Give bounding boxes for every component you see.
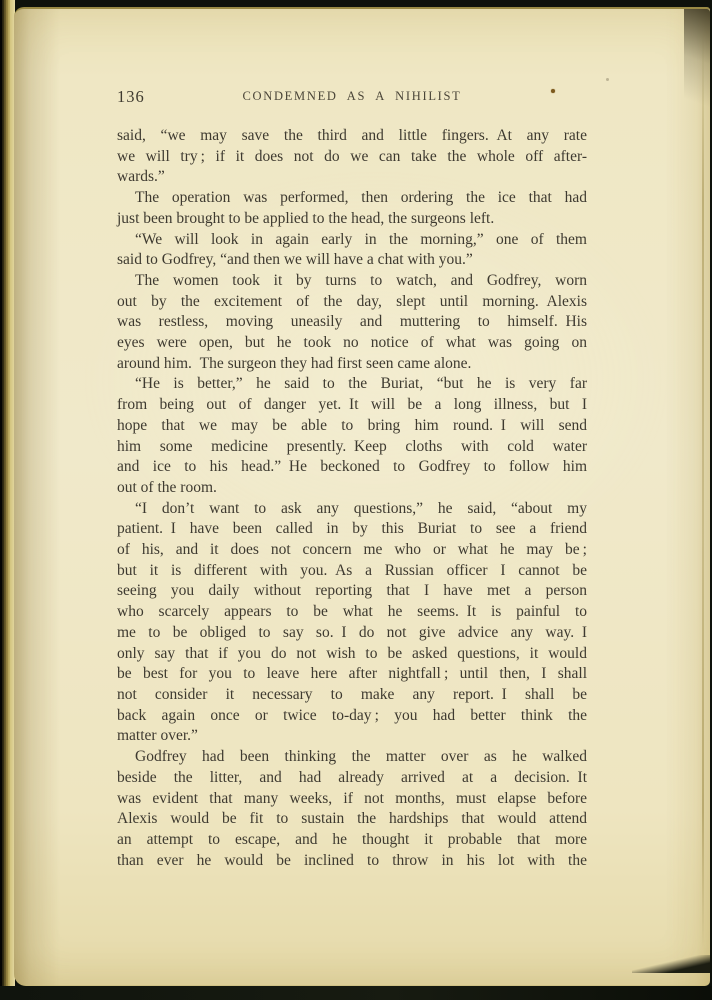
text-line: “I don’t want to ask any questions,” he … [117,499,587,520]
body-text: said, “we may save the third and little … [117,126,587,871]
text-line: “He is better,” he said to the Buriat, “… [117,374,587,395]
page-content: 136 CONDEMNED AS A NIHILIST said, “we ma… [117,87,587,871]
text-line: Godfrey had been thinking the matter ove… [117,747,587,768]
text-line: Alexis would be fit to sustain the hards… [117,809,587,830]
page-header: 136 CONDEMNED AS A NIHILIST [117,87,587,106]
page-corner-shadow-bottom-right [632,955,710,973]
text-line: eyes were open, but he took no notice of… [117,333,587,354]
text-line: seeing you daily without reporting that … [117,581,587,602]
text-line: than ever he would be inclined to throw … [117,851,587,872]
page-corner-shadow-top-right [684,9,710,159]
text-line: hope that we may be able to bring him ro… [117,416,587,437]
page-number: 136 [117,87,145,106]
text-line: beside the litter, and had already arriv… [117,768,587,789]
book-page: 136 CONDEMNED AS A NIHILIST said, “we ma… [14,7,710,986]
text-line: him some medicine presently. Keep cloths… [117,437,587,458]
book-page-edges-left [0,0,15,1000]
text-line: wards.” [117,167,587,188]
text-line: and ice to his head.” He beckoned to God… [117,457,587,478]
text-line: patient. I have been called in by this B… [117,519,587,540]
text-line: around him. The surgeon they had first s… [117,354,587,375]
text-line: we will try ; if it does not do we can t… [117,147,587,168]
text-line: but it is different with you. As a Russi… [117,561,587,582]
text-line: matter over.” [117,726,587,747]
text-line: said, “we may save the third and little … [117,126,587,147]
text-line: out by the excitement of the day, slept … [117,292,587,313]
text-line: be best for you to leave here after nigh… [117,664,587,685]
text-line: just been brought to be applied to the h… [117,209,587,230]
text-line: was restless, moving uneasily and mutter… [117,312,587,333]
text-line: out of the room. [117,478,587,499]
text-line: an attempt to escape, and he thought it … [117,830,587,851]
text-line: The women took it by turns to watch, and… [117,271,587,292]
text-line: “We will look in again early in the morn… [117,230,587,251]
text-line: who scarcely appears to be what he seems… [117,602,587,623]
running-header: CONDEMNED AS A NIHILIST [117,87,587,106]
text-line: back again once or twice to-day ; you ha… [117,706,587,727]
scanned-book-photo: 136 CONDEMNED AS A NIHILIST said, “we ma… [0,0,712,1000]
text-line: was evident that many weeks, if not mont… [117,789,587,810]
text-line: not consider it necessary to make any re… [117,685,587,706]
text-line: of his, and it does not concern me who o… [117,540,587,561]
text-line: The operation was performed, then orderi… [117,188,587,209]
text-line: said to Godfrey, “and then we will have … [117,250,587,271]
text-line: only say that if you do not wish to be a… [117,644,587,665]
page-fore-edge-line [702,33,704,949]
paper-speck [606,78,609,81]
text-line: from being out of danger yet. It will be… [117,395,587,416]
scan-bottom-band [0,986,712,1000]
text-line: me to be obliged to say so. I do not giv… [117,623,587,644]
